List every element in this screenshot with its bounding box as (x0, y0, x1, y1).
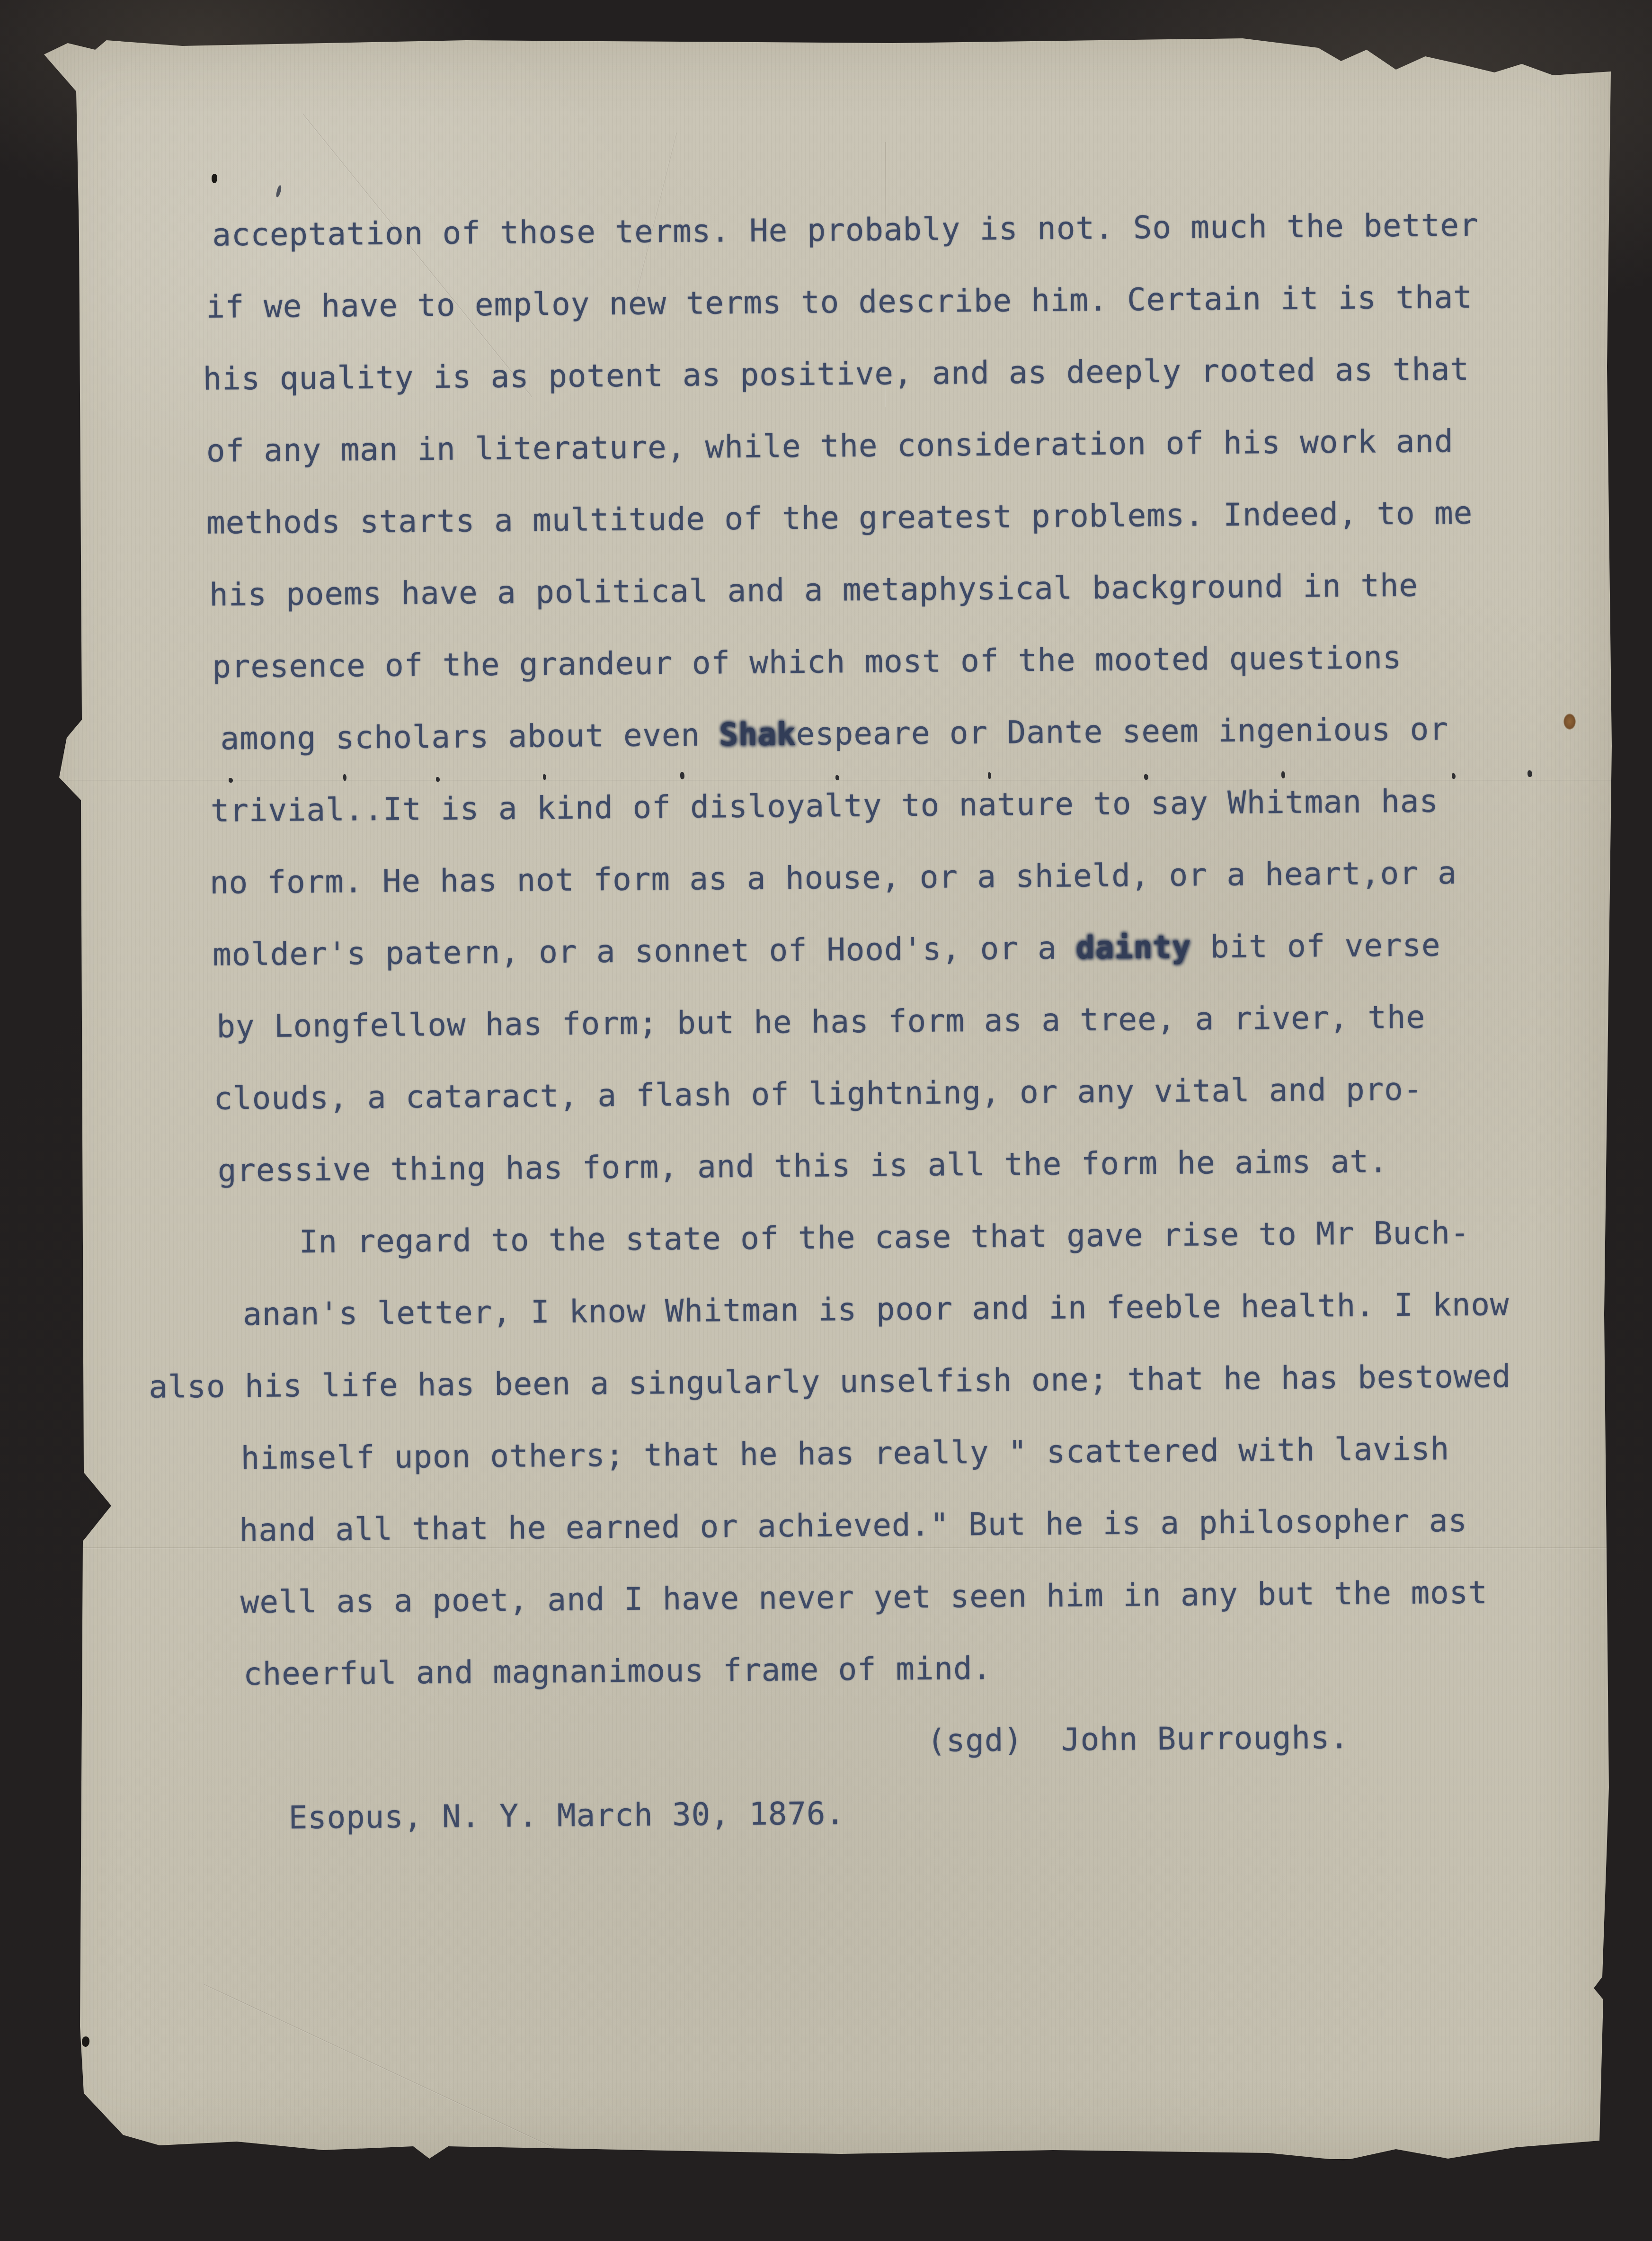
line-text: espeare or Dante seem ingenious or (796, 711, 1448, 752)
letter-line: also his life has been a singularly unse… (149, 1360, 1511, 1404)
letter-line: In regard to the state of the case that … (299, 1216, 1470, 1259)
overstruck-word: dainty (1076, 929, 1191, 966)
letter-line: acceptation of those terms. He probably … (212, 209, 1479, 252)
photo-background: acceptation of those terms. He probably … (0, 0, 1652, 2241)
letter-line: if we have to employ new terms to descri… (206, 281, 1473, 324)
letter-line: among scholars about even Shakespeare or… (220, 713, 1448, 755)
line-text: presence of the grandeur of which most o… (212, 639, 1402, 685)
line-text: also his life has been a singularly unse… (149, 1358, 1511, 1405)
line-text: In regard to the state of the case that … (299, 1214, 1470, 1260)
letter-line: Esopus, N. Y. March 30, 1876. (288, 1797, 845, 1834)
line-text: by Longfellow has form; but he has form … (216, 999, 1425, 1045)
line-text: his quality is as potent as positive, an… (203, 351, 1469, 397)
line-text: of any man in literature, while the cons… (206, 423, 1453, 469)
letter-line: molder's patern, or a sonnet of Hood's, … (213, 929, 1441, 971)
letter-text: acceptation of those terms. He probably … (32, 29, 1620, 2165)
line-text: methods starts a multitude of the greate… (206, 495, 1473, 541)
line-text: molder's patern, or a sonnet of Hood's, … (213, 929, 1076, 973)
letter-line: clouds, a cataract, a flash of lightning… (213, 1073, 1422, 1116)
letter-line: presence of the grandeur of which most o… (212, 641, 1402, 684)
line-text: anan's letter, I know Whitman is poor an… (243, 1286, 1510, 1332)
line-text: hand all that he earned or achieved." Bu… (239, 1502, 1467, 1548)
letter-line: hand all that he earned or achieved." Bu… (239, 1504, 1467, 1547)
line-text: bit of verse (1191, 927, 1441, 965)
letter-page: acceptation of those terms. He probably … (40, 36, 1612, 2159)
letter-line: his poems have a political and a metaphy… (209, 569, 1418, 612)
line-text: trivial..It is a kind of disloyalty to n… (210, 783, 1439, 829)
line-text: his poems have a political and a metaphy… (209, 567, 1418, 613)
line-text: clouds, a cataract, a flash of lightning… (213, 1071, 1422, 1117)
line-text: gressive thing has form, and this is all… (217, 1143, 1388, 1188)
fold-speck (54, 775, 59, 781)
letter-line: his quality is as potent as positive, an… (203, 353, 1469, 396)
line-text: Esopus, N. Y. March 30, 1876. (288, 1795, 845, 1836)
line-text: himself upon others; that he has really … (240, 1430, 1449, 1476)
letter-line: by Longfellow has form; but he has form … (216, 1001, 1425, 1044)
letter-line: cheerful and magnanimous frame of mind. (243, 1652, 992, 1691)
line-text: acceptation of those terms. He probably … (212, 207, 1479, 253)
letter-line: gressive thing has form, and this is all… (217, 1145, 1388, 1187)
letter-line: well as a poet, and I have never yet see… (240, 1576, 1488, 1619)
letter-line: (sgd) John Burroughs. (927, 1721, 1349, 1758)
line-text: if we have to employ new terms to descri… (206, 279, 1473, 325)
line-text: well as a poet, and I have never yet see… (240, 1574, 1488, 1621)
letter-line: trivial..It is a kind of disloyalty to n… (210, 785, 1439, 827)
line-text: among scholars about even (220, 716, 719, 757)
letter-line: of any man in literature, while the cons… (206, 425, 1454, 468)
overstruck-word: Shak (719, 716, 796, 753)
letter-line: methods starts a multitude of the greate… (206, 497, 1473, 540)
letter-line: himself upon others; that he has really … (240, 1432, 1449, 1475)
line-text: cheerful and magnanimous frame of mind. (243, 1650, 992, 1692)
line-text: (sgd) John Burroughs. (927, 1719, 1349, 1759)
letter-line: no form. He has not form as a house, or … (210, 857, 1457, 900)
line-text: no form. He has not form as a house, or … (210, 855, 1457, 901)
letter-line: anan's letter, I know Whitman is poor an… (243, 1288, 1510, 1331)
